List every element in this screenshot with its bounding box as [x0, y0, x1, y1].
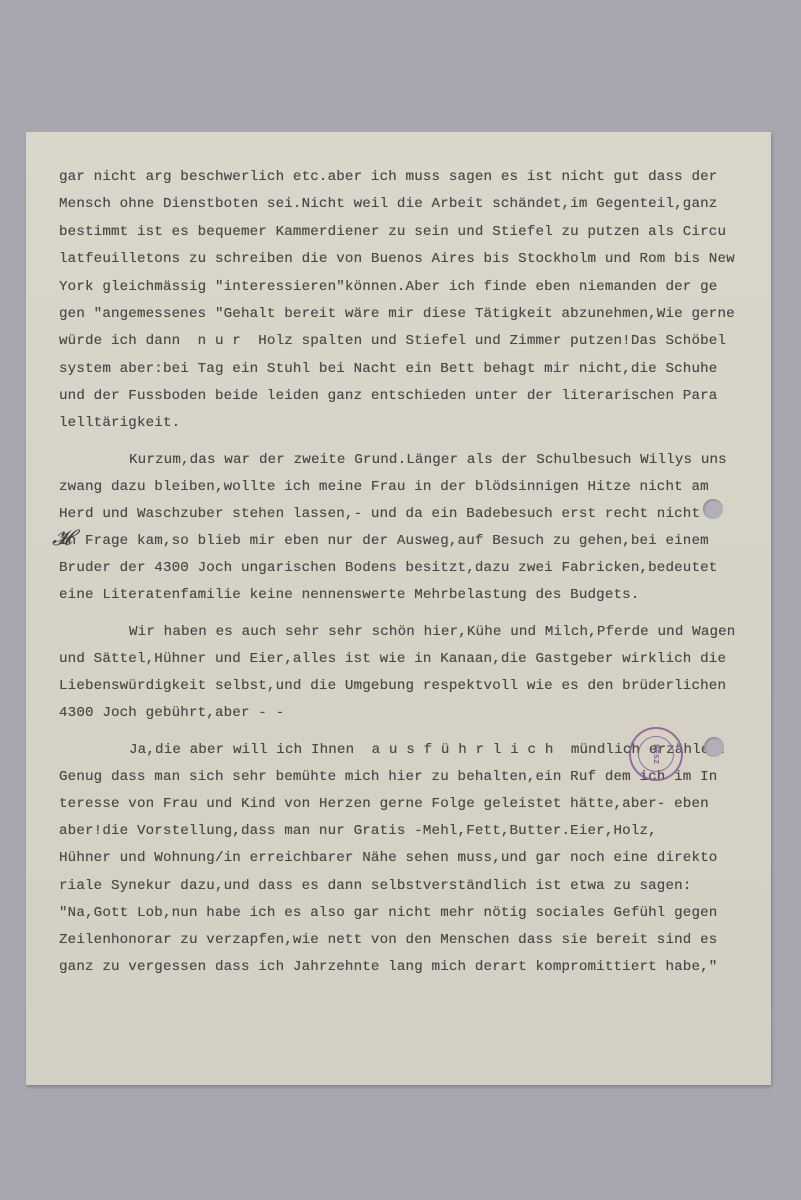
- text-line: gar nicht arg beschwerlich etc.aber ich …: [59, 168, 717, 186]
- text-line: Mensch ohne Dienstboten sei.Nicht weil d…: [59, 195, 717, 213]
- text-line: Wir haben es auch sehr sehr schön hier,K…: [129, 623, 735, 641]
- text-line: Liebenswürdigkeit selbst,und die Umgebun…: [59, 677, 726, 695]
- text-line: aber!die Vorstellung,dass man nur Gratis…: [59, 822, 657, 840]
- text-line: "Na,Gott Lob,nun habe ich es also gar ni…: [59, 904, 717, 922]
- text-line: Hühner und Wohnung/in erreichbarer Nähe …: [59, 849, 717, 867]
- text-line: Kurzum,das war der zweite Grund.Länger a…: [129, 451, 727, 469]
- text-line: latfeuilletons zu schreiben die von Buen…: [59, 250, 735, 268]
- text-line: in Frage kam,so blieb mir eben nur der A…: [59, 532, 709, 550]
- text-line: lelltärigkeit.: [59, 414, 180, 432]
- punch-hole-lower: [704, 737, 724, 757]
- text-line: und der Fussboden beide leiden ganz ents…: [59, 387, 717, 405]
- text-line: teresse von Frau und Kind von Herzen ger…: [59, 795, 709, 813]
- text-line: zwang dazu bleiben,wollte ich meine Frau…: [59, 478, 709, 496]
- text-line: eine Literatenfamilie keine nennenswerte…: [59, 586, 639, 604]
- text-line: und Sättel,Hühner und Eier,alles ist wie…: [59, 650, 726, 668]
- text-line: bestimmt ist es bequemer Kammerdiener zu…: [59, 223, 726, 241]
- text-line: würde ich dann n u r Holz spalten und St…: [59, 332, 726, 350]
- letter-page: gar nicht arg beschwerlich etc.aber ich …: [26, 132, 771, 1085]
- stamp-center-text: PÉSZ: [638, 736, 674, 772]
- text-line: Bruder der 4300 Joch ungarischen Bodens …: [59, 559, 717, 577]
- text-line: York gleichmässig "interessieren"können.…: [59, 278, 717, 296]
- text-line: gen "angemessenes "Gehalt bereit wäre mi…: [59, 305, 735, 323]
- text-line: Herd und Waschzuber stehen lassen,- und …: [59, 505, 700, 523]
- punch-hole-upper: [703, 499, 723, 519]
- library-stamp: PÉSZ: [629, 727, 683, 781]
- text-line: 4300 Joch gebührt,aber - -: [59, 704, 284, 722]
- handwritten-correction-H: 𝓗: [52, 526, 72, 551]
- text-line: system aber:bei Tag ein Stuhl bei Nacht …: [59, 360, 717, 378]
- text-line: Genug dass man sich sehr bemühte mich hi…: [59, 768, 717, 786]
- text-line: riale Synekur dazu,und dass es dann selb…: [59, 877, 691, 895]
- text-line: Zeilenhonorar zu verzapfen,wie nett von …: [59, 931, 717, 949]
- text-line: ganz zu vergessen dass ich Jahrzehnte la…: [59, 958, 717, 976]
